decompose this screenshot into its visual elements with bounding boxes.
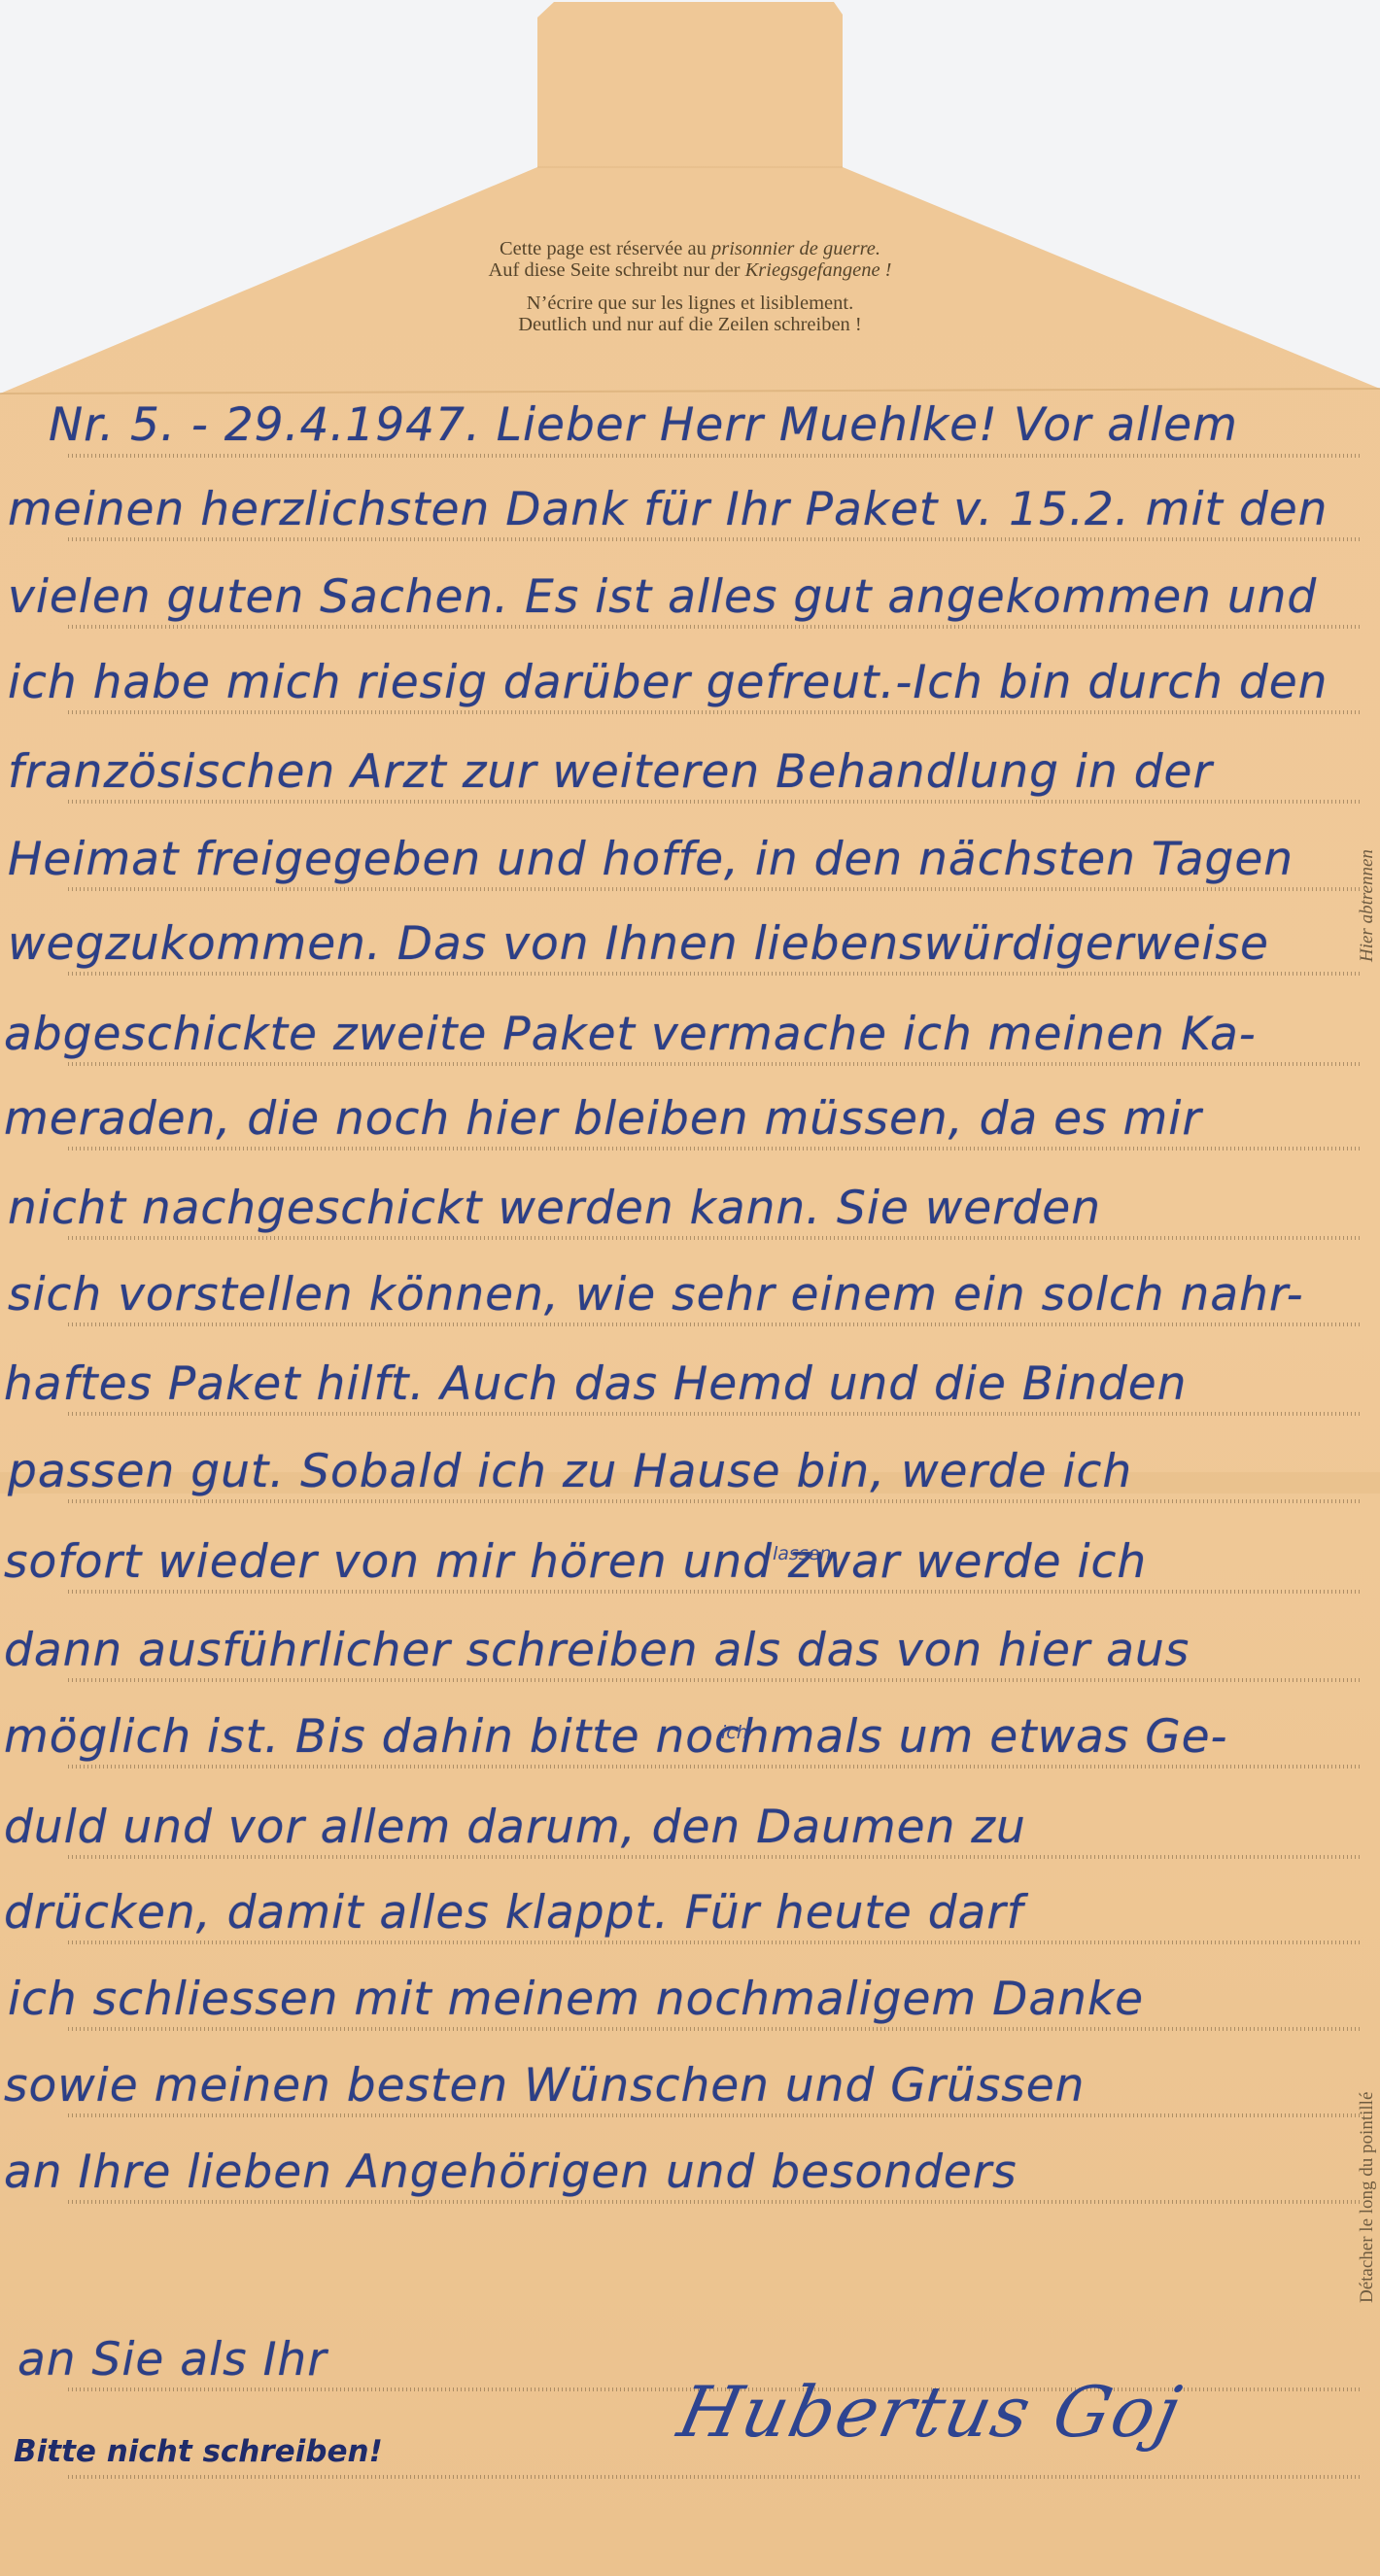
letter-line: französischen Arzt zur weiteren Behandlu… xyxy=(8,745,1213,799)
ruling-line xyxy=(68,972,1361,976)
instruction-line-fr-1: Cette page est réservée au prisonnier de… xyxy=(369,238,1011,259)
spacer xyxy=(369,281,1011,292)
ruling-line xyxy=(68,1412,1361,1416)
ruling-line xyxy=(68,1322,1361,1326)
ruling-line xyxy=(68,2027,1361,2031)
letter-line: möglich ist. Bis dahin bitte nochmals um… xyxy=(4,1710,1228,1764)
letter-line: sowie meinen besten Wünschen und Grüssen xyxy=(4,2059,1085,2112)
insertion-lassen: lassen xyxy=(773,1543,831,1564)
ruling-line xyxy=(68,2475,1361,2479)
ruling-line xyxy=(68,1147,1361,1151)
letter-line: meinen herzlichsten Dank für Ihr Paket v… xyxy=(8,483,1328,536)
letter-line: passen gut. Sobald ich zu Hause bin, wer… xyxy=(8,1445,1132,1498)
ruling-line xyxy=(68,800,1361,804)
ruling-line xyxy=(68,1062,1361,1066)
letter-line: Nr. 5. - 29.4.1947. Lieber Herr Muehlke!… xyxy=(49,398,1238,452)
letter-line: vielen guten Sachen. Es ist alles gut an… xyxy=(8,570,1317,624)
letter-line: nicht nachgeschickt werden kann. Sie wer… xyxy=(8,1182,1101,1235)
letter-line: sofort wieder von mir hören und zwar wer… xyxy=(4,1535,1147,1589)
ruling-line xyxy=(68,537,1361,541)
instruction-line-fr-2: N’écrire que sur les lignes et lisibleme… xyxy=(369,292,1011,314)
letter-line: meraden, die noch hier bleiben müssen, d… xyxy=(4,1092,1202,1146)
instruction-line-de-2: Deutlich und nur auf die Zeilen schreibe… xyxy=(369,314,1011,335)
detach-margin-label: Détacher le long du pointillé xyxy=(1357,2092,1378,2303)
cut-here-margin-label: Hier abtrennen xyxy=(1357,849,1378,962)
ruling-line xyxy=(68,625,1361,629)
letter-line: haftes Paket hilft. Auch das Hemd und di… xyxy=(4,1357,1187,1411)
signature: Hubertus Goj xyxy=(672,2371,1189,2453)
ruling-line xyxy=(68,1765,1361,1769)
letter-line: sich vorstellen können, wie sehr einem e… xyxy=(8,1268,1304,1322)
ruling-line xyxy=(68,2113,1361,2117)
ruling-line xyxy=(68,1941,1361,1944)
ruling-line xyxy=(68,454,1361,458)
letter-line: wegzukommen. Das von Ihnen liebenswürdig… xyxy=(8,917,1269,971)
letter-line: duld und vor allem darum, den Daumen zu xyxy=(4,1801,1026,1854)
letter-line: dann ausführlicher schreiben als das von… xyxy=(4,1624,1190,1677)
ruling-line xyxy=(68,1678,1361,1682)
printed-instructions: Cette page est réservée au prisonnier de… xyxy=(369,238,1011,335)
ruling-line xyxy=(68,710,1361,714)
insertion-ich: ich xyxy=(721,1722,748,1743)
ruling-line xyxy=(68,1499,1361,1503)
ruling-line xyxy=(68,2200,1361,2204)
letter-line: ich habe mich riesig darüber gefreut.-Ic… xyxy=(8,656,1328,709)
instruction-line-de-1: Auf diese Seite schreibt nur der Kriegsg… xyxy=(369,259,1011,281)
ruling-line xyxy=(68,1590,1361,1594)
ruling-line xyxy=(68,1236,1361,1240)
letter-line: Heimat freigegeben und hoffe, in den näc… xyxy=(8,833,1294,886)
letter-line: drücken, damit alles klappt. Für heute d… xyxy=(4,1886,1023,1940)
letter-line: an Ihre lieben Angehörigen und besonders xyxy=(4,2146,1018,2199)
letter-closing-line: an Sie als Ihr xyxy=(17,2333,328,2387)
ruling-line xyxy=(68,1855,1361,1859)
ruling-line xyxy=(68,887,1361,891)
letter-line: ich schliessen mit meinem nochmaligem Da… xyxy=(8,1973,1144,2026)
letter-line: abgeschickte zweite Paket vermache ich m… xyxy=(4,1008,1257,1061)
do-not-write-note: Bitte nicht schreiben! xyxy=(14,2434,383,2469)
